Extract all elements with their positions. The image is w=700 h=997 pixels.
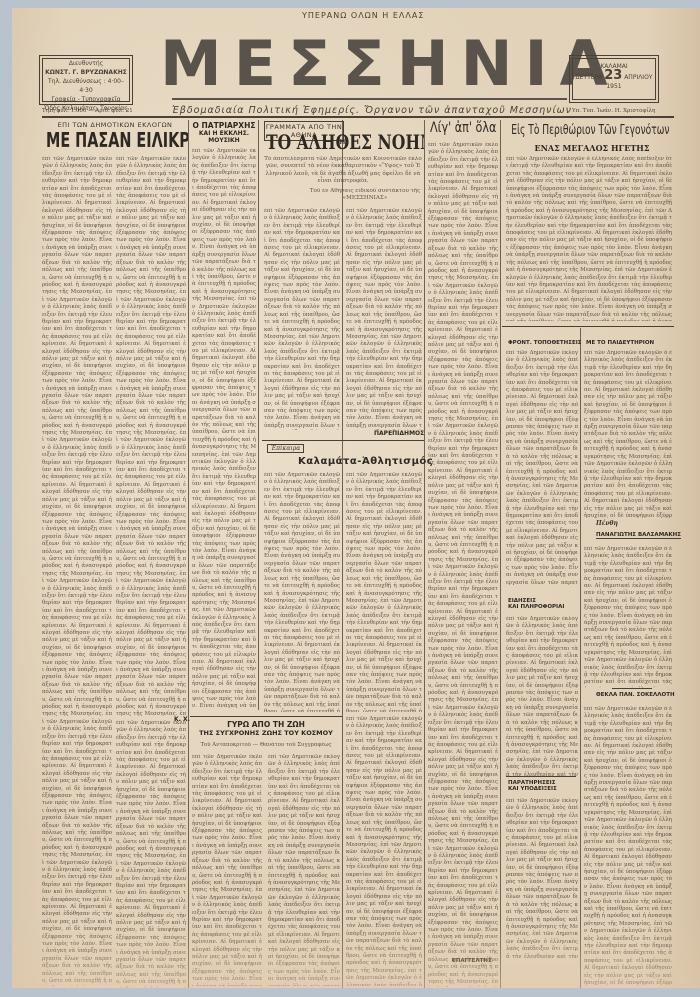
column-rule (342, 120, 343, 990)
offices-label: Γραφεία - Τυπογραφεῖα (43, 95, 129, 104)
article-body: ἐπὶ τῶν Δημοτικῶν ἐκλογῶν ὁ ἐλληνικὸς λα… (42, 156, 112, 986)
article-body: ἐπὶ τῶν Δημοτικῶν ἐκλογῶν ὁ ἐλληνικὸς λα… (584, 706, 672, 986)
director-name: ΚΩΝΣΤ. Γ. ΒΡΥΖΩΝΑΚΗΣ (43, 68, 129, 77)
column-rule (580, 328, 581, 988)
article-deck: Τὸ ἀποτελέσματα τῶν Δημοτικῶν καὶ Κοινοτ… (264, 156, 422, 186)
weekday: ΔΕΥΤΕΡΑ (576, 74, 603, 81)
article-body: ἐπὶ τῶν Δημοτικῶν ἐκλογῶν ὁ ἐλληνικὸς λα… (506, 350, 578, 586)
article-kicker: ΕΠΙ ΤΩΝ ΔΗΜΟΤΙΚΩΝ ΕΚΛΟΓΩΝ (42, 121, 188, 129)
column-headline: Λίγ' ἀπ' ὅλα (430, 120, 496, 136)
date-line: ΔΕΥΤΕΡΑ 23 ΑΠΡΙΛΙΟΥ (573, 71, 655, 82)
headline-wrap: ΜΕ ΠΑΣΑΝ ΕΙΛΙΚΡΙΝΕΙΑΝ (42, 129, 188, 151)
world-headline: ΓΥΡΩ ΑΠΟ ΤΗ ΖΩΗ ΤΗΣ ΣΥΓΧΡΟΝΗΣ ΖΩΗΣ ΤΟΥ Κ… (190, 720, 342, 737)
article-headline: Εἰς Τὸ Περιθώριον Τῶν Γεγονότων (507, 121, 674, 141)
column-rule (258, 120, 259, 710)
section-label: Ἐπίκαιρα (267, 444, 304, 453)
motto: ΥΠΕΡΑΝΩ ΟΛΩΝ Η ΕΛΛΑΣ (302, 11, 424, 20)
article-headline: ΦΡΟΝΤ. ΤΟΠΟΘΕΤΗΣΕΙΣ (508, 340, 582, 346)
article-body: ἐπὶ τῶν Δημοτικῶν ἐκλογῶν ὁ ἐλληνικὸς λα… (506, 616, 578, 776)
article-signature: ΕΠΑΓΓΕΛΤΗΣ (452, 958, 492, 964)
scan-background (0, 988, 700, 997)
divider (190, 716, 342, 717)
newspaper-title: ΜΕΣΣΗΝΙΑ (160, 34, 620, 94)
director-phone: Τηλ. Διευθύνσεως : 4·00–4·30 (43, 77, 129, 95)
director-box: Διευθυντής ΚΩΝΣΤ. Γ. ΒΡΥΖΩΝΑΚΗΣ Τηλ. Διε… (42, 58, 130, 102)
year: 1951 (573, 82, 655, 91)
article-body: ἐπὶ τῶν Δημοτικῶν ἐκλογῶν ὁ ἐλληνικὸς λα… (346, 472, 422, 712)
headline-line: ΚΑΙ ΥΠΟΔΕΙΞΕΙΣ (508, 786, 578, 792)
headline-line: ΚΑΙ ΠΛΗΡΟΦΟΡΙΑΙ (508, 604, 578, 610)
article-signature: Κ. Χ. (174, 716, 190, 723)
newspaper-page: ΥΠΕΡΑΝΩ ΟΛΩΝ Η ΕΛΛΑΣ Διευθυντής ΚΩΝΣΤ. Γ… (12, 8, 700, 988)
article-headline: ΘΕΚΛΑ ΠΑΝ. ΣΟΚΕΛΛΟΤΗ (596, 692, 675, 698)
headline-wrap: Εἰς Τὸ Περιθώριον Τῶν Γεγονότων (507, 119, 675, 141)
date-box: ΚΑΛΑΜΑΙ ΔΕΥΤΕΡΑ 23 ΑΠΡΙΛΙΟΥ 1951 (572, 58, 656, 100)
newspaper-subtitle: Ἑβδομαδιαία Πολιτική Ἐφημερίς. Ὄργανον τ… (172, 105, 572, 116)
article-body: ἐπὶ τῶν Δημοτικῶν ἐκλογῶν ὁ ἐλληνικὸς λα… (584, 546, 672, 688)
article-signature: ΠΑΡΕΠΙΔΗΜΟΣ (374, 430, 424, 437)
column-rule (424, 120, 425, 990)
article-body: ἐπὶ τῶν Δημοτικῶν ἐκλογῶν ὁ ἐλληνικὸς λα… (264, 208, 340, 430)
article-body: ἐπὶ τῶν Δημοτικῶν ἐκλογῶν ὁ ἐλληνικὸς λα… (268, 754, 340, 986)
article-byline: Τοῦ ἐν Ἀθήναις εἰδικοῦ συντάκτου τῆς «ΜΕ… (308, 188, 422, 204)
article-body: ἐπὶ τῶν Δημοτικῶν ἐκλογῶν ὁ ἐλληνικὸς λα… (116, 720, 186, 990)
headline-line: ΓΥΡΩ ΑΠΟ ΤΗ ΖΩΗ (190, 720, 342, 729)
article-body: ἐπὶ τῶν Δημοτικῶν ἐκλογῶν ὁ ἐλληνικὸς λα… (192, 148, 256, 708)
section-label: Πένθη (596, 520, 618, 527)
divider (262, 440, 424, 441)
headline-line: Ο ΠΑΤΡΙΑΡΧΗΣ (190, 121, 258, 130)
column-body: ἐπὶ τῶν Δημοτικῶν ἐκλογῶν ὁ ἐλληνικὸς λα… (428, 142, 498, 987)
article-body: ἐπὶ τῶν Δημοτικῶν ἐκλογῶν ὁ ἐλληνικὸς λα… (192, 754, 262, 986)
article-body: ἐπὶ τῶν Δημοτικῶν ἐκλογῶν ὁ ἐλληνικὸς λα… (346, 208, 422, 430)
article-body: ἐπὶ τῶν Δημοτικῶν ἐκλογῶν ὁ ἐλληνικὸς λα… (116, 156, 186, 716)
article-body: ἐπὶ τῶν Δημοτικῶν ἐκλογῶν ὁ ἐλληνικὸς λα… (346, 716, 422, 986)
headline-line: ΤΗΣ ΣΥΓΧΡΟΝΗΣ ΖΩΗΣ ΤΟΥ ΚΟΣΜΟΥ (190, 729, 342, 737)
header-rule (42, 116, 674, 118)
divider (506, 776, 576, 777)
news-headline: ΕΙΔΗΣΕΙΣ ΚΑΙ ΠΛΗΡΟΦΟΡΙΑΙ (508, 598, 578, 610)
article-byline: Τοῦ Ἀνταποκριτοῦ — Θανάτου τοῦ Συγγραφέω… (192, 742, 340, 752)
article-headline: Καλαμάτα-Ἀθλητισμός (298, 456, 433, 467)
column-rule (500, 120, 501, 990)
masthead-rule (172, 98, 567, 100)
article-headline: ΜΕ ΠΑΣΑΝ ΕΙΛΙΚΡΙΝΕΙΑΝ (46, 129, 148, 151)
article-headline: ΤΟ ΑΛΗΘΕΣ ΝΟΗΜΑ (266, 131, 389, 153)
article-body: ἐπὶ τῶν Δημοτικῶν ἐκλογῶν ὁ ἐλληνικὸς λα… (264, 472, 340, 712)
headline-line: ΚΑΙ Η ΕΚΚΛΗΣ. ΜΟΥΣΙΚΗ (190, 130, 258, 144)
article-headline: ΠΑΝΑΓΙΩΤΗΣ ΒΑΛΣΑΜΑΚΗΣ (596, 532, 681, 539)
month: ΑΠΡΙΛΙΟΥ (624, 74, 652, 81)
article-headline: ΜΕ ΤΟ ΠΑΙΔΕΥΤΗΡΙΟΝ (586, 340, 654, 346)
article-subhead: ΕΝΑΣ ΜΕΓΑΛΟΣ ΗΓΕΤΗΣ (522, 143, 662, 153)
headline-wrap: ΤΟ ΑΛΗΘΕΣ ΝΟΗΜΑ (262, 131, 424, 153)
divider (502, 326, 674, 327)
patriarch-headline: Ο ΠΑΤΡΙΑΡΧΗΣ ΚΑΙ Η ΕΚΚΛΗΣ. ΜΟΥΣΙΚΗ (190, 121, 258, 144)
article-body: ἐπὶ τῶν Δημοτικῶν ἐκλογῶν ὁ ἐλληνικὸς λα… (584, 350, 672, 518)
printer: Υπ. Τυπ. Ἰωάν. Η. Χριστοφίλη (572, 108, 655, 114)
issue-price: Τιμή φύλ. 1.000 — Ἀριθ. φύλ. 21 (42, 108, 133, 114)
day-number: 23 (604, 68, 622, 83)
director-label: Διευθυντής (43, 59, 129, 68)
article-body: ἐπὶ τῶν Δημοτικῶν ἐκλογῶν ὁ ἐλληνικὸς λα… (506, 798, 578, 958)
observations-headline: ΠΑΡΑΤΗΡΗΣΕΙΣ ΚΑΙ ΥΠΟΔΕΙΞΕΙΣ (508, 780, 578, 792)
article-body: ἐπὶ τῶν Δημοτικῶν ἐκλογῶν ὁ ἐλληνικὸς λα… (506, 156, 672, 321)
divider (612, 688, 652, 689)
column-rule (188, 120, 189, 990)
